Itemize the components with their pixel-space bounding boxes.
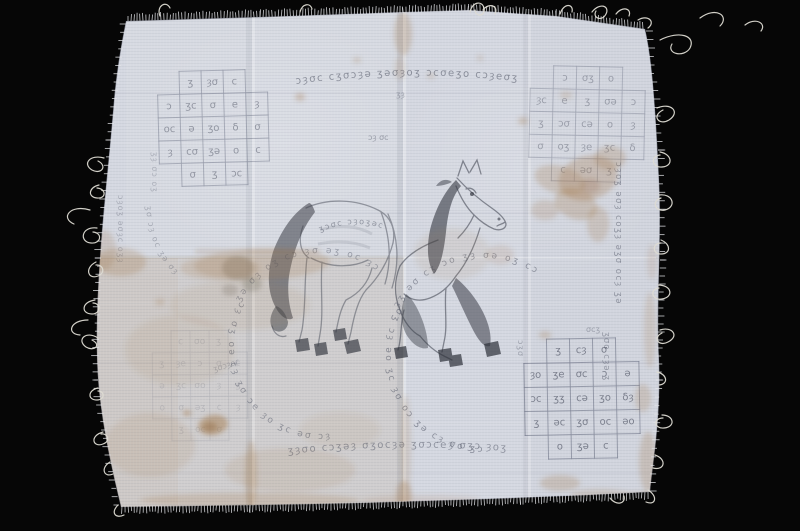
yantra-cell: ʒə (571, 434, 594, 458)
yantra-cell: c (210, 396, 229, 418)
right-horse-eye (470, 192, 474, 196)
yantra-cell: σ (202, 93, 225, 117)
yantra-cell (617, 433, 640, 457)
yantra-cell: ɔc (524, 387, 547, 411)
yantra-cell (153, 419, 172, 441)
yantra-cell: ȝσ (201, 70, 224, 94)
yantra-cell (159, 163, 182, 187)
script-br-grid-top: σcʒ (586, 325, 600, 334)
yantra-cell: əc (548, 411, 571, 435)
yantra-cell: cσ (181, 140, 204, 164)
yantra-cell (615, 338, 638, 362)
yantra-grid-bottom-right: ʒcȝσȝoʒeσcɔəɔcʒʒcəʒoδȝʒəcʒσocəooʒəc (523, 337, 641, 460)
yantra-cell: oʒ (552, 135, 575, 158)
yantra-cell: ʒ (546, 339, 569, 363)
yantra-cell: ə (180, 117, 203, 141)
yantra-cell: ʒc (171, 375, 190, 397)
yantra-cell: ə (152, 375, 171, 397)
yantra-cell (245, 69, 268, 93)
yantra-cell: o (153, 397, 172, 419)
yantra-grid-bottom-left: cσoʒʒȝeɔσcəʒcσoȝʒoσəʒcȝʒocσ (152, 330, 249, 442)
yantra-cell: ɔ (553, 66, 576, 89)
yantra-cell: ȝ (209, 374, 228, 396)
yantra-cell: ȝe (575, 135, 598, 158)
yantra-cell: ʒʒ (547, 387, 570, 411)
yantra-cell: cə (570, 386, 593, 410)
yantra-cell: e (224, 93, 247, 117)
cloth-base-layer: ɔȝσc cʒσɔȝə ʒəσȝoʒ ɔcσeʒo cɔȝeσʒ ɔȝc ʒȝ … (0, 0, 800, 531)
yantra-cell: cə (575, 112, 598, 135)
yantra-cell: σʒ (576, 66, 599, 89)
yantra-cell: ȝc (530, 88, 553, 111)
script-top-frag: ʒȝ (396, 90, 405, 100)
yantra-cell (247, 161, 270, 185)
yantra-cell: ʒ (209, 330, 228, 352)
yantra-cell: σ (181, 163, 204, 187)
yantra-cell: c (223, 70, 246, 94)
yantra-grid-top-left: ʒȝσcɔʒcσeȝocəʒoδσȝcσʒəocσʒɔc (157, 69, 271, 188)
yantra-cell: ʒc (180, 94, 203, 118)
yantra-cell (523, 339, 546, 363)
yantra-cell: oc (158, 117, 181, 141)
yantra-cell (622, 67, 645, 90)
yantra-cell: ȝ (621, 113, 644, 136)
yantra-cell: ȝe (171, 353, 190, 375)
yantra-cell: ʒ (576, 89, 599, 112)
yantra-cell: ə (616, 362, 639, 386)
yantra-cell: əσ (574, 158, 597, 181)
yantra-cell: ʒo (202, 116, 225, 140)
yantra-cell: ʒ (152, 353, 171, 375)
yantra-cell: ɔσ (552, 112, 575, 135)
yantra-cell: σ (246, 115, 269, 139)
script-between-horses: ɔȝ σc (368, 133, 389, 143)
yantra-cell: ɔ (593, 362, 616, 386)
yantra-cell: ɔ (622, 90, 645, 113)
yantra-cell: ȝo (524, 363, 547, 387)
yantra-cell: ȝ (246, 92, 269, 116)
yantra-cell: c (228, 352, 247, 374)
yantra-cell: δ (621, 136, 644, 159)
yantra-cell: ɔ (190, 352, 209, 374)
yantra-cell: ɔ (158, 94, 181, 118)
yantra-cell: ʒ (529, 111, 552, 134)
script-left-margin-col: ɔȝoʒ əσȝc oʒȝ (115, 195, 125, 263)
yantra-cell (620, 159, 643, 182)
yantra-cell: ʒ (597, 159, 620, 182)
script-right-margin-col: ɔȝoʒ əσȝ coʒȝ əʒσ ocȝ ʒə (613, 162, 623, 305)
yantra-cell: əo (617, 409, 640, 433)
yantra-cell: ʒ (203, 162, 226, 186)
yantra-cell (530, 65, 553, 88)
yantra-cell: ʒ (179, 71, 202, 95)
yantra-cell: σ (172, 397, 191, 419)
yantra-cell: σ (529, 134, 552, 157)
yantra-cell (229, 418, 248, 440)
yantra-cell: o (225, 139, 248, 163)
yantra-cell: c (247, 138, 270, 162)
yantra-cell: oc (191, 418, 210, 440)
yantra-cell: ȝ (229, 396, 248, 418)
yantra-cell: o (599, 67, 622, 90)
yantra-cell: o (598, 113, 621, 136)
yantra-grid-top-right: ɔσʒoȝceʒσəɔʒɔσcəoȝσoʒȝeʒcδcəσʒ (528, 65, 646, 183)
yantra-cell (157, 71, 180, 95)
yantra-cell: σ (209, 352, 228, 374)
yantra-cell: σ (592, 338, 615, 362)
yantra-cell: δȝ (616, 385, 639, 409)
yantra-cell: əʒ (191, 396, 210, 418)
yantra-cell: ʒ (228, 374, 247, 396)
yantra-cell: σo (190, 374, 209, 396)
yantra-cell: σ (210, 418, 229, 440)
yantra-cell: ɔc (225, 162, 248, 186)
yantra-cell: ʒc (598, 136, 621, 159)
right-horse-nostril (498, 218, 501, 221)
script-left-margin-col2: ʒȝ σɔ oʒ (149, 152, 159, 193)
yantra-cell: ʒ (172, 419, 191, 441)
yantra-cell (528, 157, 551, 180)
yantra-cell: c (171, 331, 190, 353)
yantra-cell (525, 435, 548, 459)
yantra-cell: ʒσ (571, 410, 594, 434)
yantra-cell: δ (224, 116, 247, 140)
photo-yantra-cloth: ɔȝσc cʒσɔȝə ʒəσȝoʒ ɔcσeʒo cɔȝeσʒ ɔȝc ʒȝ … (0, 0, 800, 531)
yantra-cell: ȝ (159, 140, 182, 164)
yantra-cell: σc (570, 362, 593, 386)
yantra-cell: oc (594, 410, 617, 434)
yantra-cell: c (594, 434, 617, 458)
yantra-cell (228, 330, 247, 352)
yantra-cell: ʒe (547, 363, 570, 387)
yantra-cell: e (553, 89, 576, 112)
yantra-cell: ʒə (203, 139, 226, 163)
yantra-cell: c (551, 158, 574, 181)
yantra-cell: σə (599, 90, 622, 113)
yantra-cell: o (548, 435, 571, 459)
yantra-cell: ʒ (525, 411, 548, 435)
yantra-cell: σo (190, 330, 209, 352)
yantra-cell: cȝ (569, 338, 592, 362)
yantra-cell (152, 331, 171, 353)
yantra-cell: ʒo (593, 386, 616, 410)
